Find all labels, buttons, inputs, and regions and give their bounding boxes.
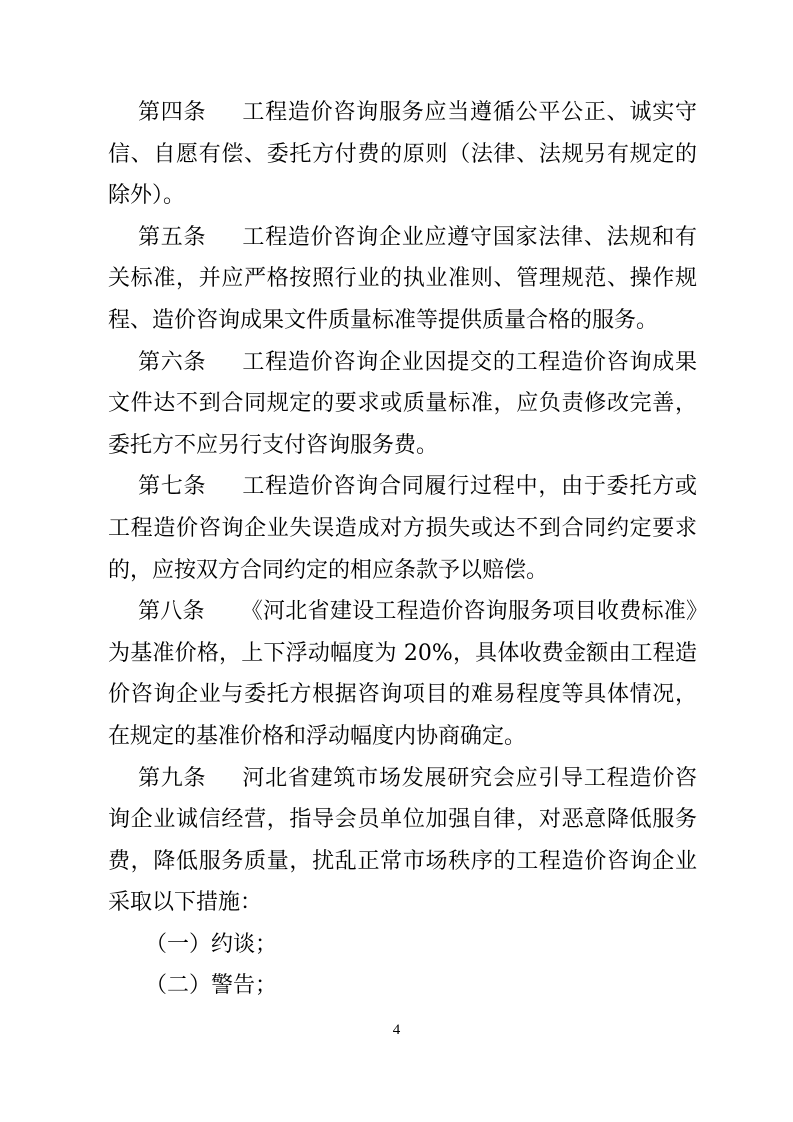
paragraph: （一）约谈； [108,924,697,966]
paragraph: 第六条工程造价咨询企业因提交的工程造价咨询成果文件达不到合同规定的要求或质量标准… [108,342,697,467]
article-text: （一）约谈； [145,932,277,957]
page-number: 4 [0,1020,793,1040]
paragraph: 第九条河北省建筑市场发展研究会应引导工程造价咨询企业诚信经营，指导会员单位加强自… [108,758,697,924]
article-label: 第八条 [138,599,205,624]
paragraph: 第七条工程造价咨询合同履行过程中，由于委托方或工程造价咨询企业失误造成对方损失或… [108,466,697,591]
document-page: 第四条工程造价咨询服务应当遵循公平公正、诚实守信、自愿有偿、委托方付费的原则（法… [0,0,793,1122]
article-label: 第七条 [138,474,206,499]
article-text: （二）警告； [145,973,277,998]
article-label: 第九条 [138,766,206,791]
article-label: 第五条 [138,225,206,250]
article-label: 第六条 [138,350,206,375]
article-label: 第四条 [138,100,206,125]
paragraph: 第八条《河北省建设工程造价咨询服务项目收费标准》为基准价格，上下浮动幅度为 20… [108,591,697,757]
paragraph: 第五条工程造价咨询企业应遵守国家法律、法规和有关标准，并应严格按照行业的执业准则… [108,217,697,342]
paragraph: 第四条工程造价咨询服务应当遵循公平公正、诚实守信、自愿有偿、委托方付费的原则（法… [108,92,697,217]
paragraph: （二）警告； [108,965,697,1007]
document-body: 第四条工程造价咨询服务应当遵循公平公正、诚实守信、自愿有偿、委托方付费的原则（法… [108,92,697,1007]
